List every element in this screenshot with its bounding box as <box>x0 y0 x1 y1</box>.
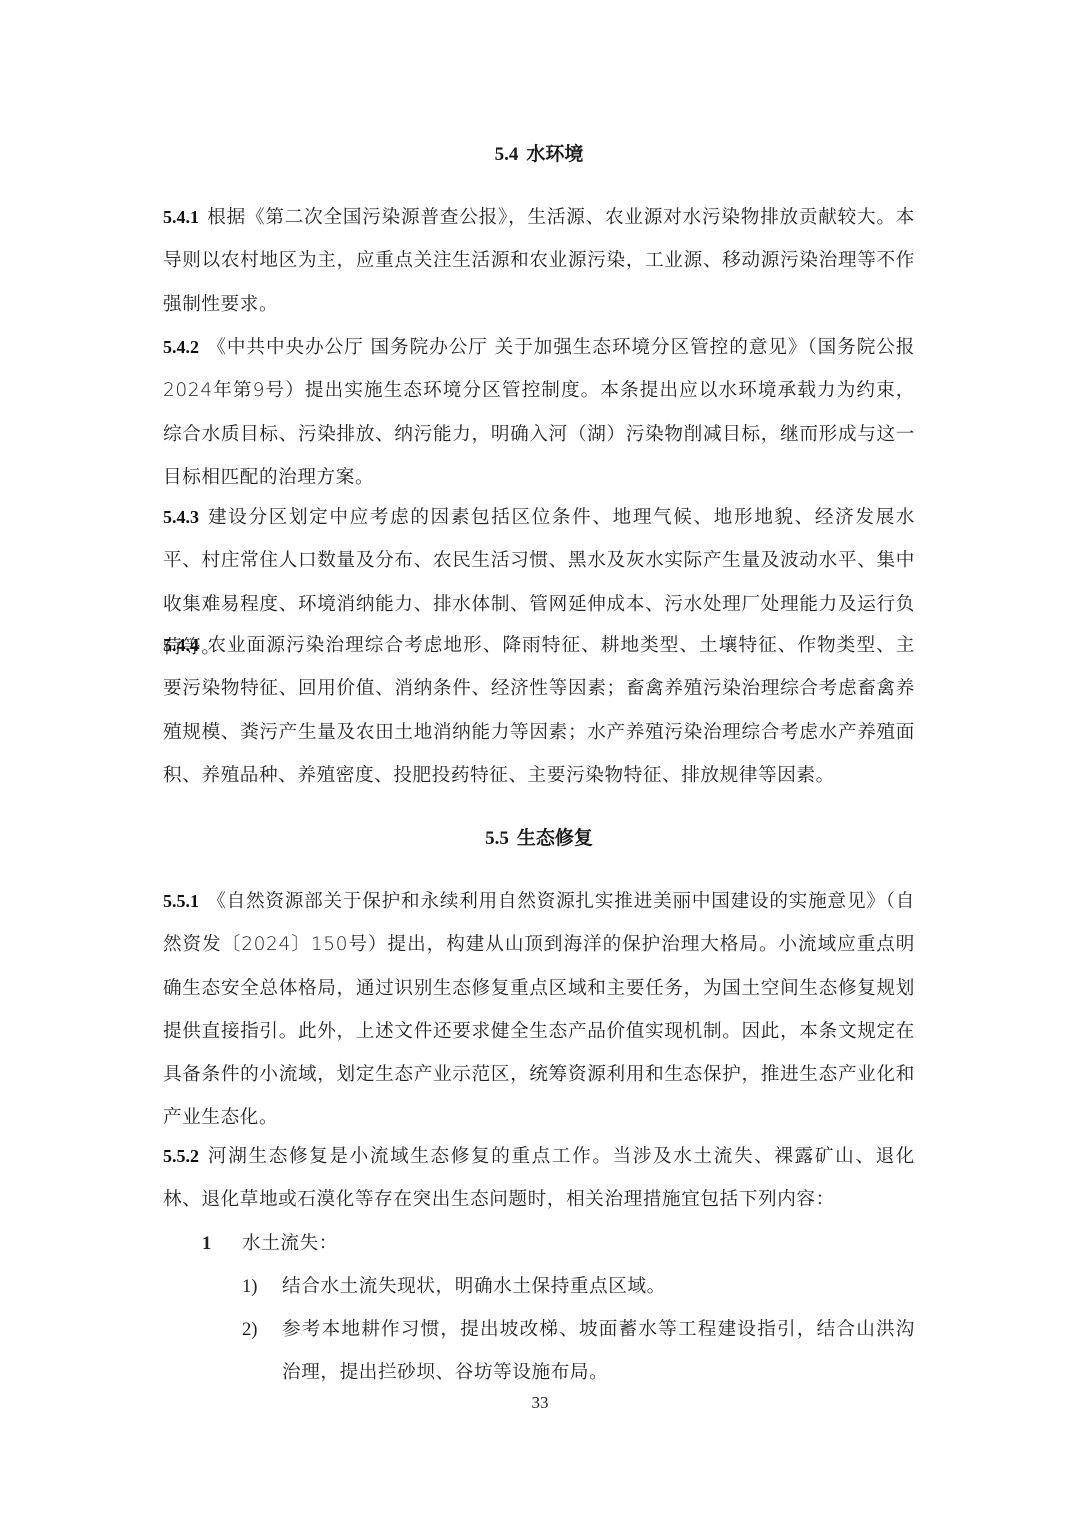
section-heading-5-4: 5.4水环境 <box>163 142 915 167</box>
list-marker: 1 <box>202 1222 211 1265</box>
section-title-text: 生态修复 <box>517 827 593 849</box>
clause-number: 5.5.2 <box>163 1146 199 1166</box>
sub-list-item-1: 1) 结合水土流失现状，明确水土保持重点区域。 <box>242 1265 915 1308</box>
page-number: 33 <box>0 1393 1080 1413</box>
clause-text: 《自然资源部关于保护和永续利用自然资源扎实推进美丽中国建设的实施意见》（自然资发… <box>163 891 915 1128</box>
list-item-text: 水土流失： <box>202 1222 915 1265</box>
clause-5-5-1: 5.5.1《自然资源部关于保护和永续利用自然资源扎实推进美丽中国建设的实施意见》… <box>163 880 915 1140</box>
sub-list-item-text: 结合水土流失现状，明确水土保持重点区域。 <box>242 1265 915 1308</box>
clause-number: 5.4.2 <box>163 337 199 357</box>
clause-5-5-2: 5.5.2河湖生态修复是小流域生态修复的重点工作。当涉及水土流失、裸露矿山、退化… <box>163 1135 915 1222</box>
sub-list-marker: 1) <box>242 1265 258 1308</box>
clause-number: 5.4.4 <box>163 635 199 655</box>
section-number: 5.5 <box>485 828 509 849</box>
clause-text: 《中共中央办公厅 国务院办公厅 关于加强生态环境分区管控的意见》（国务院公报20… <box>163 337 915 488</box>
clause-5-4-4: 5.4.4农业面源污染治理综合考虑地形、降雨特征、耕地类型、土壤特征、作物类型、… <box>163 624 915 797</box>
sub-list-marker: 2) <box>242 1308 258 1351</box>
section-title-text: 水环境 <box>526 143 583 165</box>
clause-number: 5.5.1 <box>163 891 199 911</box>
sub-list-item-text: 参考本地耕作习惯，提出坡改梯、坡面蓄水等工程建设指引，结合山洪沟治理，提出拦砂坝… <box>242 1308 915 1395</box>
clause-5-4-1: 5.4.1根据《第二次全国污染源普查公报》，生活源、农业源对水污染物排放贡献较大… <box>163 196 915 326</box>
list-item-1: 1 水土流失： <box>202 1222 915 1265</box>
clause-text: 农业面源污染治理综合考虑地形、降雨特征、耕地类型、土壤特征、作物类型、主要污染物… <box>163 635 915 786</box>
clause-text: 河湖生态修复是小流域生态修复的重点工作。当涉及水土流失、裸露矿山、退化林、退化草… <box>163 1146 915 1210</box>
document-page: 5.4水环境 5.4.1根据《第二次全国污染源普查公报》，生活源、农业源对水污染… <box>0 0 1080 1527</box>
clause-number: 5.4.1 <box>163 207 199 227</box>
clause-text: 根据《第二次全国污染源普查公报》，生活源、农业源对水污染物排放贡献较大。本导则以… <box>163 207 915 315</box>
section-number: 5.4 <box>495 144 519 165</box>
clause-5-4-2: 5.4.2《中共中央办公厅 国务院办公厅 关于加强生态环境分区管控的意见》（国务… <box>163 326 915 499</box>
sub-list-item-2: 2) 参考本地耕作习惯，提出坡改梯、坡面蓄水等工程建设指引，结合山洪沟治理，提出… <box>242 1308 915 1395</box>
clause-number: 5.4.3 <box>163 507 199 527</box>
section-heading-5-5: 5.5生态修复 <box>163 826 915 851</box>
